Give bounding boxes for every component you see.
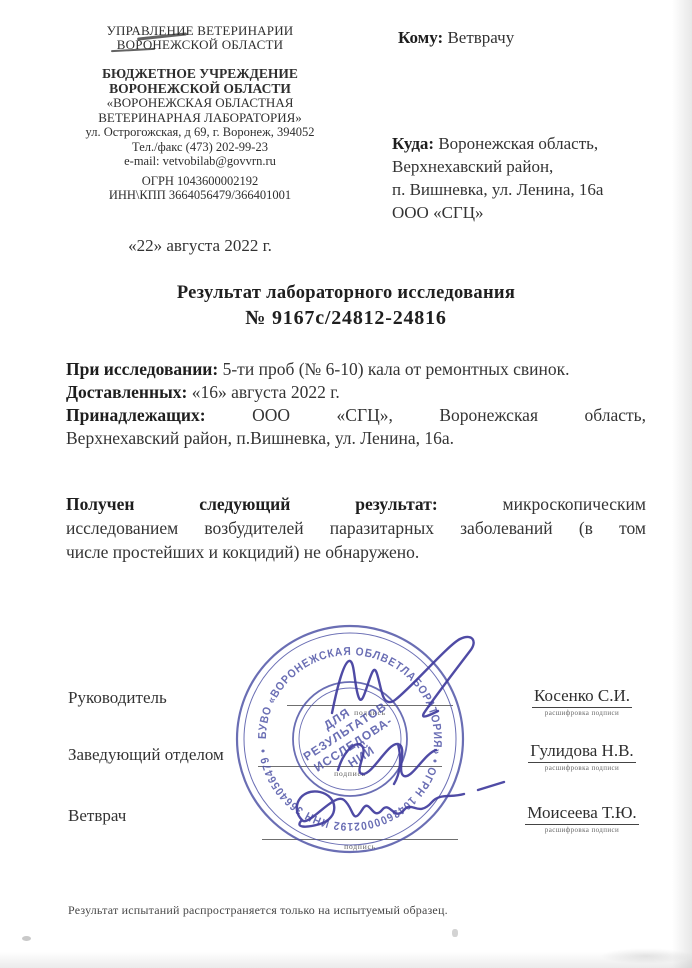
signature-ink-head <box>338 744 436 784</box>
org-name-line: ВОРОНЕЖСКОЙ ОБЛАСТИ <box>30 81 370 96</box>
result-line2: исследованием возбудителей паразитарных … <box>66 516 646 540</box>
handwritten-signatures <box>250 590 550 870</box>
title-line1: Результат лабораторного исследования <box>0 283 692 304</box>
where-line: Верхнехавский район, <box>392 155 668 178</box>
owner-line2: Верхнехавский район, п.Вишневка, ул. Лен… <box>66 427 646 450</box>
recipient-to: Кому: Ветврачу <box>398 28 514 48</box>
letterhead: УПРАВЛЕНИЕ ВЕТЕРИНАРИИ ВОРОНЕЖСКОЙ ОБЛАС… <box>30 24 370 203</box>
owner-line1: Принадлежащих: ООО «СГЦ», Воронежская об… <box>66 404 646 427</box>
result-paragraph: Получен следующий результат: микроскопич… <box>66 492 646 564</box>
sample-details: При исследовании: 5-ти проб (№ 6-10) кал… <box>66 358 646 450</box>
signature-ink-director <box>332 637 474 717</box>
to-value: Ветврачу <box>447 28 514 47</box>
org-name-line: БЮДЖЕТНОЕ УЧРЕЖДЕНИЕ <box>30 66 370 81</box>
signer-role-director: Руководитель <box>68 688 167 708</box>
where-line: Куда: Воронежская область, <box>392 132 668 155</box>
where-line: п. Вишневка, ул. Ленина, 16а <box>392 178 668 201</box>
delivered-line: Доставленных: «16» августа 2022 г. <box>66 381 646 404</box>
org-address: ул. Острогожская, д 69, г. Воронеж, 3940… <box>30 125 370 140</box>
scan-artifact <box>600 948 692 964</box>
authority-line: ВОРОНЕЖСКОЙ ОБЛАСТИ <box>30 38 370 52</box>
research-line: При исследовании: 5-ти проб (№ 6-10) кал… <box>66 358 646 381</box>
recipient-where: Куда: Воронежская область, Верхнехавский… <box>392 132 668 224</box>
scan-artifact <box>672 0 692 968</box>
scan-artifact <box>22 936 31 941</box>
result-line3: числе простейших и кокцидий) не обнаруже… <box>66 540 646 564</box>
signature-ink-vet <box>297 782 504 827</box>
scan-artifact <box>0 952 692 968</box>
to-label: Кому: <box>398 28 443 47</box>
where-label: Куда: <box>392 134 434 153</box>
org-phone: Тел./факс (473) 202-99-23 <box>30 140 370 155</box>
result-line1: Получен следующий результат: микроскопич… <box>66 492 646 516</box>
org-email: e-mail: vetvobilab@govvrn.ru <box>30 154 370 169</box>
org-name-line: ВЕТЕРИНАРНАЯ ЛАБОРАТОРИЯ» <box>30 111 370 126</box>
org-ogrn: ОГРН 1043600002192 <box>30 174 370 189</box>
where-line: ООО «СГЦ» <box>392 201 668 224</box>
org-inn-kpp: ИНН\КПП 3664056479/366401001 <box>30 188 370 203</box>
scan-artifact <box>452 929 458 937</box>
document-date: «22» августа 2022 г. <box>60 236 340 256</box>
authority-line: УПРАВЛЕНИЕ ВЕТЕРИНАРИИ <box>30 24 370 38</box>
signer-role-head-of-department: Заведующий отделом <box>68 745 224 765</box>
document-title: Результат лабораторного исследования № 9… <box>0 283 692 330</box>
title-number: № 9167с/24812-24816 <box>0 307 692 330</box>
document-page: УПРАВЛЕНИЕ ВЕТЕРИНАРИИ ВОРОНЕЖСКОЙ ОБЛАС… <box>0 0 692 968</box>
footer-note: Результат испытаний распространяется тол… <box>68 903 448 918</box>
org-name-line: «ВОРОНЕЖСКАЯ ОБЛАСТНАЯ <box>30 96 370 111</box>
signer-role-vet: Ветврач <box>68 806 126 826</box>
